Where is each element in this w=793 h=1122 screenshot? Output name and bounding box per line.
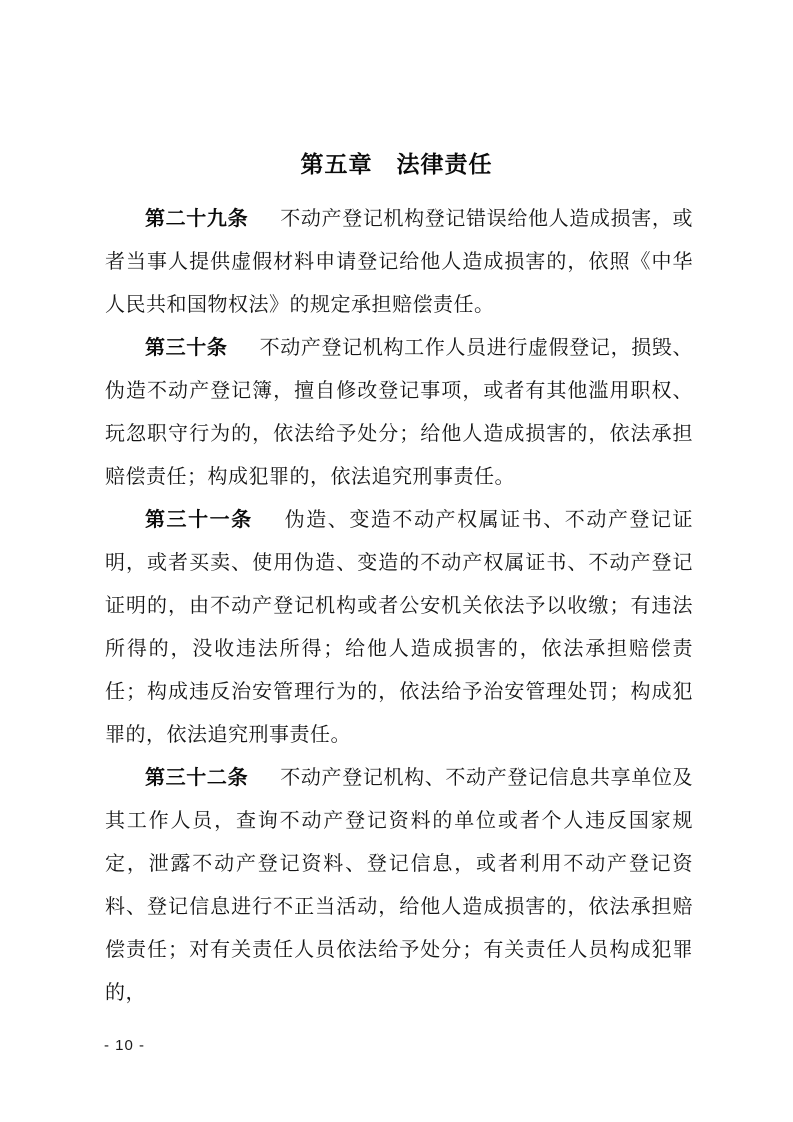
document-page: 第五章 法律责任 第二十九条不动产登记机构登记错误给他人造成损害，或者当事人提供…	[0, 0, 793, 1122]
document-body: 第二十九条不动产登记机构登记错误给他人造成损害，或者当事人提供虚假材料申请登记给…	[105, 198, 693, 1015]
article-paragraph: 第二十九条不动产登记机构登记错误给他人造成损害，或者当事人提供虚假材料申请登记给…	[105, 198, 693, 327]
article-number: 第二十九条	[145, 208, 280, 230]
article-text: 伪造、变造不动产权属证书、不动产登记证明，或者买卖、使用伪造、变造的不动产权属证…	[105, 509, 693, 746]
article-paragraph: 第三十一条伪造、变造不动产权属证书、不动产登记证明，或者买卖、使用伪造、变造的不…	[105, 499, 693, 757]
article-paragraph: 第三十条不动产登记机构工作人员进行虚假登记，损毁、伪造不动产登记簿，擅自修改登记…	[105, 327, 693, 499]
chapter-title: 第五章 法律责任	[0, 146, 793, 179]
page-number: - 10 -	[104, 1037, 145, 1054]
article-text: 不动产登记机构工作人员进行虚假登记，损毁、伪造不动产登记簿，擅自修改登记事项，或…	[105, 337, 693, 488]
article-text: 不动产登记机构、不动产登记信息共享单位及其工作人员，查询不动产登记资料的单位或者…	[105, 767, 693, 1004]
article-paragraph: 第三十二条不动产登记机构、不动产登记信息共享单位及其工作人员，查询不动产登记资料…	[105, 757, 693, 1015]
article-number: 第三十一条	[145, 509, 285, 531]
article-number: 第三十二条	[145, 767, 280, 789]
article-number: 第三十条	[145, 337, 260, 359]
